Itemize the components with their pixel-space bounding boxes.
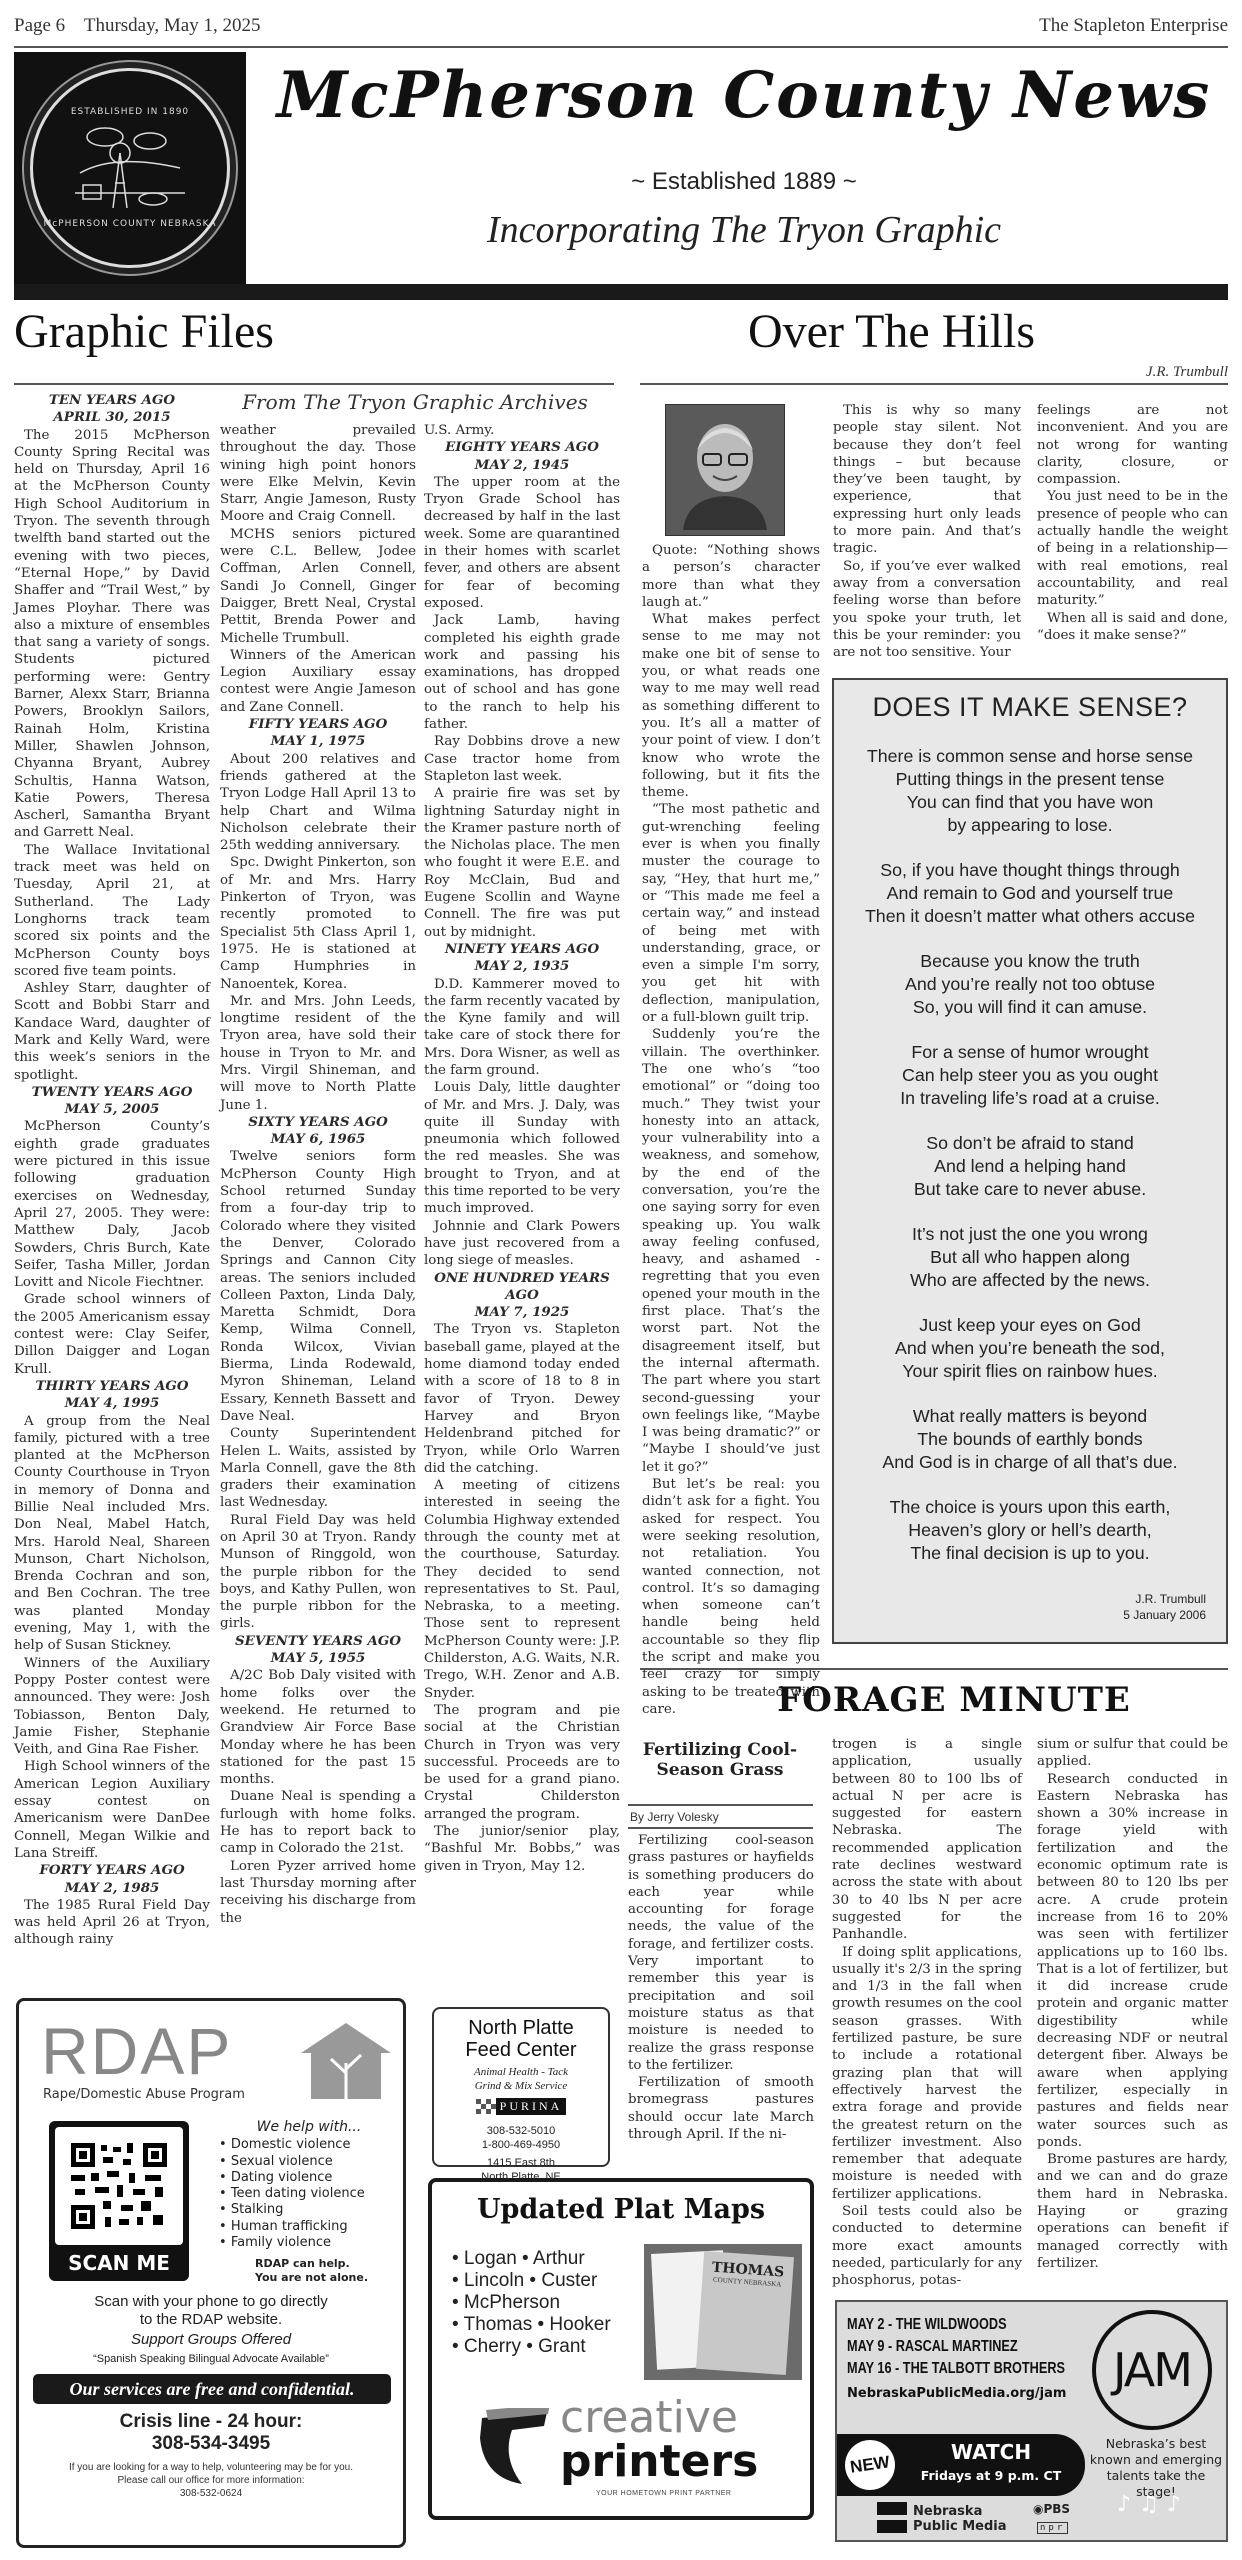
paragraph: Fertilizing cool-season grass pastures o… xyxy=(628,1832,814,2074)
poem-signature: J.R. Trumbull 5 January 2006 xyxy=(834,1591,1226,1623)
archive-dateline: MAY 6, 1965 xyxy=(220,1131,416,1148)
npr-logo: npr xyxy=(1037,2522,1068,2534)
poem-date: 5 January 2006 xyxy=(834,1607,1206,1623)
graphic-files-col-2: weather prevailed throughout the day. Th… xyxy=(220,422,416,1927)
help-item-label: Teen dating violence xyxy=(231,2186,365,2201)
graphic-files-title: Graphic Files xyxy=(14,304,274,359)
creative-printers-logo: creative printers YOUR HOMETOWN PRINT PA… xyxy=(472,2394,782,2504)
poem-line: So, if you have thought things through xyxy=(834,859,1226,882)
paragraph: MCHS seniors pictured were C.L. Bellew, … xyxy=(220,526,416,647)
seal-top-text: ESTABLISHED IN 1890 xyxy=(71,107,189,117)
poem-line: Who are affected by the news. xyxy=(834,1269,1226,1292)
archive-dateline: MAY 7, 1925 xyxy=(424,1304,620,1321)
county-item: • Thomas • Hooker xyxy=(452,2314,611,2336)
paragraph: A meeting of citizens interested in seei… xyxy=(424,1477,620,1702)
county-item: • McPherson xyxy=(452,2292,611,2314)
poem-line: Because you know the truth xyxy=(834,950,1226,973)
graphic-files-col-3: U.S. Army.EIGHTY YEARS AGOMAY 2, 1945The… xyxy=(424,422,620,1875)
purina-logo: PURINA xyxy=(476,2098,567,2115)
poem-line: Just keep your eyes on God xyxy=(834,1314,1226,1337)
paragraph: McPherson County’s eighth grade graduate… xyxy=(14,1118,210,1291)
paragraph: Loren Pyzer arrived home last Thursday m… xyxy=(220,1858,416,1927)
help-item: • Teen dating violence xyxy=(219,2186,399,2202)
seal-bottom-text: McPHERSON COUNTY NEBRASKA xyxy=(43,219,216,229)
volunteer-line-1: If you are looking for a way to help, vo… xyxy=(19,2461,403,2474)
masthead-incorporating: Incorporating The Tryon Graphic xyxy=(260,208,1228,252)
address-line-1: 1415 East 8th xyxy=(434,2156,608,2170)
help-item-label: Sexual violence xyxy=(231,2154,333,2169)
paragraph: D.D. Kammerer moved to the farm recently… xyxy=(424,976,620,1080)
help-item-label: Domestic violence xyxy=(231,2137,351,2152)
over-the-hills-title: Over The Hills xyxy=(748,304,1035,359)
paragraph: Winners of the Auxiliary Poppy Poster co… xyxy=(14,1655,210,1759)
poem-line: Putting things in the present tense xyxy=(834,768,1226,791)
poem-line: And lend a helping hand xyxy=(834,1155,1226,1178)
poem-line: And you’re really not too obtuse xyxy=(834,973,1226,996)
paragraph: Ashley Starr, daughter of Scott and Bobb… xyxy=(14,980,210,1084)
poem-stanza: So, if you have thought things throughAn… xyxy=(834,859,1226,928)
poem-title: DOES IT MAKE SENSE? xyxy=(834,692,1226,723)
poem-stanza: Just keep your eyes on GodAnd when you’r… xyxy=(834,1314,1226,1383)
author-photo xyxy=(665,404,785,536)
paragraph: A prairie fire was set by lightning Satu… xyxy=(424,785,620,941)
archive-dateline: MAY 2, 1985 xyxy=(14,1880,210,1897)
paragraph: “The most pathetic and gut-wrenching fee… xyxy=(642,801,820,1026)
jam-url[interactable]: NebraskaPublicMedia.org/jam xyxy=(847,2386,1066,2401)
printer-swoosh-icon xyxy=(472,2408,552,2488)
paragraph: Winners of the American Legion Auxiliary… xyxy=(220,647,416,716)
show-item: MAY 2 - THE WILDWOODS xyxy=(847,2314,1065,2336)
help-item: • Domestic violence xyxy=(219,2137,399,2153)
poem-line: What really matters is beyond xyxy=(834,1405,1226,1428)
rdap-logo: RDAP xyxy=(41,2019,232,2083)
help-item-label: Stalking xyxy=(231,2202,284,2217)
header-rule xyxy=(14,46,1228,48)
help-note-1: RDAP can help. xyxy=(219,2257,399,2271)
help-note-2: You are not alone. xyxy=(219,2271,399,2285)
crisis-line-label: Crisis line - 24 hour: xyxy=(19,2411,403,2433)
archive-dateline: MAY 1, 1975 xyxy=(220,733,416,750)
poem-line: And remain to God and yourself true xyxy=(834,882,1226,905)
byline-rule xyxy=(628,1827,813,1829)
paragraph: Louis Daly, little daughter of Mr. and M… xyxy=(424,1079,620,1217)
paragraph: The 2015 McPherson County Spring Recital… xyxy=(14,427,210,842)
purina-brand: PURINA xyxy=(496,2098,567,2115)
volunteer-line-2: Please call our office for more informat… xyxy=(19,2474,403,2487)
paragraph: When all is said and done, “does it make… xyxy=(1037,610,1228,645)
paragraph: So, if you’ve ever walked away from a co… xyxy=(833,558,1021,662)
masthead-title: McPherson County News xyxy=(260,58,1228,133)
paragraph: feelings are not inconvenient. And you a… xyxy=(1037,402,1228,488)
archive-dateline: MAY 2, 1935 xyxy=(424,958,620,975)
music-note-icon: ♪♫♪ xyxy=(1117,2492,1189,2517)
page-number: Page 6 xyxy=(14,15,65,36)
poem-line: In traveling life’s road at a cruise. xyxy=(834,1087,1226,1110)
page-info: Page 6 Thursday, May 1, 2025 xyxy=(14,15,260,37)
show-item: MAY 9 - RASCAL MARTINEZ xyxy=(847,2336,1065,2358)
paragraph: sium or sulfur that could be applied. xyxy=(1037,1736,1228,1771)
poem-line: The final decision is up to you. xyxy=(834,1542,1226,1565)
paragraph: Grade school winners of the 2005 America… xyxy=(14,1291,210,1377)
poem-stanza: So don’t be afraid to standAnd lend a he… xyxy=(834,1132,1226,1201)
help-list: We help with... • Domestic violence• Sex… xyxy=(219,2119,399,2285)
help-items: • Domestic violence• Sexual violence• Da… xyxy=(219,2137,399,2251)
poem-stanza: There is common sense and horse sensePut… xyxy=(834,745,1226,837)
poem-line: And God is in charge of all that’s due. xyxy=(834,1451,1226,1474)
help-item-label: Human trafficking xyxy=(231,2219,348,2234)
npm-logo: Nebraska Public Media xyxy=(877,2502,1007,2536)
poem-line: Heaven’s glory or hell’s dearth, xyxy=(834,1519,1226,1542)
poem-stanza: It’s not just the one you wrongBut all w… xyxy=(834,1223,1226,1292)
poem-stanza: What really matters is beyondThe bounds … xyxy=(834,1405,1226,1474)
plat-book-front: THOMAS COUNTY NEBRASKA xyxy=(696,2251,794,2375)
county-item: • Cherry • Grant xyxy=(452,2336,611,2358)
county-seal: ESTABLISHED IN 1890 McPHERSON COUNTY NEB… xyxy=(14,52,246,284)
archive-dateline: MAY 2, 1945 xyxy=(424,457,620,474)
house-tree-icon xyxy=(301,2023,391,2099)
pbs-label: PBS xyxy=(1043,2502,1070,2516)
paragraph: About 200 relatives and friends gathered… xyxy=(220,751,416,855)
tag-line-2: Grind & Mix Service xyxy=(434,2079,608,2093)
free-confidential-band: Our services are free and confidential. xyxy=(33,2374,391,2404)
forage-col-1: Fertilizing cool-season grass pastures o… xyxy=(628,1832,814,2143)
paragraph: U.S. Army. xyxy=(424,422,620,439)
volunteer-info: If you are looking for a way to help, vo… xyxy=(19,2461,403,2500)
paragraph: You just need to be in the presence of p… xyxy=(1037,488,1228,609)
paragraph: The Wallace Invitational track meet was … xyxy=(14,842,210,980)
paragraph: The program and pie social at the Christ… xyxy=(424,1702,620,1823)
archive-dateline: FIFTY YEARS AGO xyxy=(220,716,416,733)
jam-ad[interactable]: MAY 2 - THE WILDWOODSMAY 9 - RASCAL MART… xyxy=(835,2300,1228,2542)
scan-line-2: to the RDAP website. xyxy=(19,2311,403,2329)
poem-line: But all who happen along xyxy=(834,1246,1226,1269)
checkerboard-icon xyxy=(476,2099,496,2115)
archive-dateline: TEN YEARS AGO xyxy=(14,392,210,409)
archive-dateline: THIRTY YEARS AGO xyxy=(14,1378,210,1395)
show-list: MAY 2 - THE WILDWOODSMAY 9 - RASCAL MART… xyxy=(847,2314,1065,2380)
county-list: • Logan • Arthur• Lincoln • Custer• McPh… xyxy=(452,2248,611,2358)
poem-line: But take care to never abuse. xyxy=(834,1178,1226,1201)
paragraph: Twelve seniors form McPherson County Hig… xyxy=(220,1148,416,1425)
column-body-middle: This is why so many people stay silent. … xyxy=(833,402,1021,661)
poem-line: There is common sense and horse sense xyxy=(834,745,1226,768)
help-item: • Human trafficking xyxy=(219,2219,399,2235)
section-rule xyxy=(14,383,614,385)
issue-date: Thursday, May 1, 2025 xyxy=(84,15,261,36)
masthead-established: ~ Established 1889 ~ xyxy=(260,168,1228,196)
county-item: • Logan • Arthur xyxy=(452,2248,611,2270)
plat-book-photo: THOMAS COUNTY NEBRASKA xyxy=(644,2244,802,2380)
poem-line: Then it doesn’t matter what others accus… xyxy=(834,905,1226,928)
poem-line: Can help steer you as you ought xyxy=(834,1064,1226,1087)
npm-name-1: Nebraska xyxy=(913,2504,1007,2519)
byline-rule xyxy=(628,1804,813,1806)
help-item: • Dating violence xyxy=(219,2170,399,2186)
poem-line: You can find that you have won xyxy=(834,791,1226,814)
column-body-left: Quote: “Nothing shows a person’s charact… xyxy=(642,542,820,1718)
paragraph: A/2C Bob Daly visited with home folks ov… xyxy=(220,1667,416,1788)
archive-dateline: FORTY YEARS AGO xyxy=(14,1862,210,1879)
page-header: Page 6 Thursday, May 1, 2025 The Staplet… xyxy=(14,12,1228,40)
feed-center-name-2: Feed Center xyxy=(434,2039,608,2061)
archive-dateline: APRIL 30, 2015 xyxy=(14,409,210,426)
jam-logo: JAM xyxy=(1092,2310,1212,2430)
poem-stanzas: There is common sense and horse sensePut… xyxy=(834,745,1226,1565)
paragraph: Soil tests could also be conducted to de… xyxy=(832,2203,1022,2289)
paragraph: Fertilization of smooth bromegrass pastu… xyxy=(628,2074,814,2143)
help-item-label: Dating violence xyxy=(231,2170,333,2185)
help-title: We help with... xyxy=(219,2119,399,2135)
paragraph: Rural Field Day was held on April 30 at … xyxy=(220,1512,416,1633)
npm-icon xyxy=(877,2502,907,2536)
poem-stanza: For a sense of humor wroughtCan help ste… xyxy=(834,1041,1226,1110)
spanish-advocate: “Spanish Speaking Bilingual Advocate Ava… xyxy=(19,2353,403,2365)
paragraph: weather prevailed throughout the day. Th… xyxy=(220,422,416,526)
archive-dateline: MAY 5, 1955 xyxy=(220,1650,416,1667)
show-item: MAY 16 - THE TALBOTT BROTHERS xyxy=(847,2358,1065,2380)
new-badge: NEW xyxy=(842,2437,898,2493)
feed-center-tagline: Animal Health - Tack Grind & Mix Service xyxy=(434,2065,608,2093)
windmill-icon xyxy=(75,123,185,213)
paragraph: Research conducted in Eastern Nebraska h… xyxy=(1037,1771,1228,2152)
forage-minute-title: FORAGE MINUTE xyxy=(680,1680,1228,1720)
archive-dateline: SEVENTY YEARS AGO xyxy=(220,1633,416,1650)
company-name-2: printers xyxy=(560,2438,758,2486)
office-phone[interactable]: 308-532-0624 xyxy=(19,2487,403,2500)
portrait-icon xyxy=(675,410,775,530)
county-item: • Lincoln • Custer xyxy=(452,2270,611,2292)
poem-box: DOES IT MAKE SENSE? There is common sens… xyxy=(832,678,1228,1644)
feed-center-name: North Platte Feed Center xyxy=(434,2017,608,2061)
archive-dateline: ONE HUNDRED YEARS AGO xyxy=(424,1270,620,1305)
forage-col-3: sium or sulfur that could be applied.Res… xyxy=(1037,1736,1228,2272)
archive-dateline: EIGHTY YEARS AGO xyxy=(424,439,620,456)
paper-name: The Stapleton Enterprise xyxy=(1039,15,1228,37)
paragraph: What makes perfect sense to me may not m… xyxy=(642,611,820,801)
scan-line-1: Scan with your phone to go directly xyxy=(19,2293,403,2311)
poem-line: The choice is yours upon this earth, xyxy=(834,1496,1226,1519)
forage-headline: Fertilizing Cool-Season Grass xyxy=(630,1740,810,1780)
broadcast-time: Fridays at 9 p.m. CT xyxy=(903,2468,1079,2483)
archive-dateline: SIXTY YEARS AGO xyxy=(220,1114,416,1131)
feed-center-name-1: North Platte xyxy=(434,2017,608,2039)
feed-center-ad[interactable]: North Platte Feed Center Animal Health -… xyxy=(432,2007,610,2167)
graphic-files-col-1: TEN YEARS AGOAPRIL 30, 2015The 2015 McPh… xyxy=(14,392,210,1949)
paragraph: If doing split applications, usually it'… xyxy=(832,1944,1022,2203)
paragraph: trogen is a single application, usually … xyxy=(832,1736,1022,1944)
company-tagline: YOUR HOMETOWN PRINT PARTNER xyxy=(596,2490,732,2497)
archive-dateline: MAY 5, 2005 xyxy=(14,1101,210,1118)
poem-stanza: Because you know the truthAnd you’re rea… xyxy=(834,950,1226,1019)
paragraph: Mr. and Mrs. John Leeds, longtime reside… xyxy=(220,993,416,1114)
forage-byline: By Jerry Volesky xyxy=(630,1810,719,1824)
scan-instructions: Scan with your phone to go directly to t… xyxy=(19,2293,403,2329)
column-body-right: feelings are not inconvenient. And you a… xyxy=(1037,402,1228,644)
poem-line: Your spirit flies on rainbow hues. xyxy=(834,1360,1226,1383)
poem-line: by appearing to lose. xyxy=(834,814,1226,837)
plat-maps-title: Updated Plat Maps xyxy=(432,2194,810,2225)
pbs-logo: ◉PBS xyxy=(1033,2502,1070,2516)
archive-dateline: MAY 4, 1995 xyxy=(14,1395,210,1412)
paragraph: Ray Dobbins drove a new Case tractor hom… xyxy=(424,733,620,785)
scan-me-label: SCAN ME xyxy=(49,2251,189,2275)
poem-stanza: The choice is yours upon this earth,Heav… xyxy=(834,1496,1226,1565)
feed-center-phones: 308-532-5010 1-800-469-4950 xyxy=(434,2124,608,2152)
paragraph: Brome pastures are hardy, and we can and… xyxy=(1037,2151,1228,2272)
poem-line: So don’t be afraid to stand xyxy=(834,1132,1226,1155)
archive-dateline: NINETY YEARS AGO xyxy=(424,941,620,958)
paragraph: The upper room at the Tryon Grade School… xyxy=(424,474,620,612)
archive-dateline: TWENTY YEARS AGO xyxy=(14,1084,210,1101)
crisis-phone[interactable]: 308-534-3495 xyxy=(19,2433,403,2455)
plat-maps-ad[interactable]: Updated Plat Maps • Logan • Arthur• Linc… xyxy=(428,2178,814,2520)
help-item: • Stalking xyxy=(219,2202,399,2218)
section-rule xyxy=(640,1668,1228,1670)
section-rule xyxy=(640,383,1228,385)
poem-line: It’s not just the one you wrong xyxy=(834,1223,1226,1246)
paragraph: This is why so many people stay silent. … xyxy=(833,402,1021,558)
watch-label: WATCH xyxy=(903,2440,1079,2464)
tag-line-1: Animal Health - Tack xyxy=(434,2065,608,2079)
paragraph: A group from the Neal family, pictured w… xyxy=(14,1413,210,1655)
paragraph: The Tryon vs. Stapleton baseball game, p… xyxy=(424,1321,620,1477)
paragraph: Jack Lamb, having completed his eighth g… xyxy=(424,612,620,733)
paragraph: Spc. Dwight Pinkerton, son of Mr. and Mr… xyxy=(220,854,416,992)
paragraph: Quote: “Nothing shows a person’s charact… xyxy=(642,542,820,611)
paragraph: Suddenly you’re the villain. The overthi… xyxy=(642,1026,820,1476)
jam-blurb: Nebraska’s best known and emerging talen… xyxy=(1089,2436,1223,2500)
paragraph: High School winners of the American Legi… xyxy=(14,1758,210,1862)
column-author: J.R. Trumbull xyxy=(1000,364,1228,381)
help-item: • Family violence xyxy=(219,2235,399,2251)
watch-band: NEW WATCH Fridays at 9 p.m. CT xyxy=(837,2434,1085,2496)
masthead-bar xyxy=(14,284,1228,300)
poem-line: For a sense of humor wrought xyxy=(834,1041,1226,1064)
archives-subtitle: From The Tryon Graphic Archives xyxy=(210,390,620,414)
qr-icon xyxy=(71,2143,167,2229)
paragraph: The 1985 Rural Field Day was held April … xyxy=(14,1897,210,1949)
rdap-subtitle: Rape/Domestic Abuse Program xyxy=(43,2087,245,2102)
qr-code[interactable]: SCAN ME xyxy=(49,2121,189,2281)
paragraph: County Superintendent Helen L. Waits, as… xyxy=(220,1425,416,1511)
feed-phone-2[interactable]: 1-800-469-4950 xyxy=(434,2138,608,2152)
poem-line: So, you will find it can amuse. xyxy=(834,996,1226,1019)
paragraph: Duane Neal is spending a furlough with h… xyxy=(220,1788,416,1857)
company-name-1: creative xyxy=(560,2394,738,2442)
poem-line: The bounds of earthly bonds xyxy=(834,1428,1226,1451)
support-groups: Support Groups Offered xyxy=(19,2331,403,2348)
npm-name-2: Public Media xyxy=(913,2519,1007,2534)
help-item-label: Family violence xyxy=(231,2235,331,2250)
poem-author: J.R. Trumbull xyxy=(834,1591,1206,1607)
help-item: • Sexual violence xyxy=(219,2154,399,2170)
paragraph: The junior/senior play, “Bashful Mr. Bob… xyxy=(424,1823,620,1875)
forage-col-2: trogen is a single application, usually … xyxy=(832,1736,1022,2290)
feed-phone-1[interactable]: 308-532-5010 xyxy=(434,2124,608,2138)
rdap-ad[interactable]: RDAP Rape/Domestic Abuse Program SCAN ME… xyxy=(16,1998,406,2548)
poem-line: And when you’re beneath the sod, xyxy=(834,1337,1226,1360)
paragraph: Johnnie and Clark Powers have just recov… xyxy=(424,1218,620,1270)
